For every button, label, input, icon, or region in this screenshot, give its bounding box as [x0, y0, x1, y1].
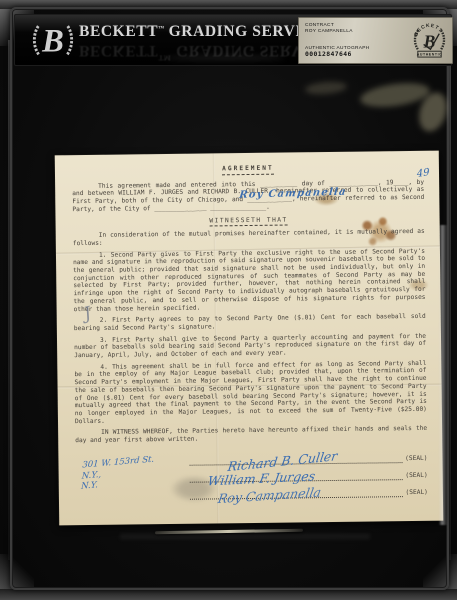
clause-1: 1. Second Party gives to First Party the… — [73, 247, 426, 313]
cert-subject-name: ROY CAMPANELLA — [305, 29, 370, 35]
city-blank: ______________ — [154, 204, 206, 212]
clause-text: First Party agrees to pay to Second Part… — [74, 313, 426, 332]
month-blank: _____________, — [329, 179, 381, 187]
brand-text: BECKETT — [79, 23, 158, 40]
intro-text: day of — [302, 180, 325, 187]
clause-text: Second Party gives to First Party the ex… — [73, 247, 426, 312]
intro-paragraph: This agreement made and entered into thi… — [72, 179, 424, 214]
clause-text: First Party shall give to Second Party a… — [74, 332, 426, 359]
reflection-streak — [120, 534, 370, 539]
clause-2: J2. First Party agrees to pay to Second … — [74, 313, 426, 333]
cert-number: 00012847646 — [305, 52, 370, 58]
day-blank: __________ — [260, 180, 297, 187]
slab-right-edge — [449, 40, 451, 560]
beckett-b-laurel-icon: B — [29, 18, 77, 62]
contract-document: AGREEMENT This agreement made and entere… — [55, 151, 443, 526]
seal-label: (SEAL) — [405, 489, 427, 497]
signature-area: 301 W. 153rd St. N.Y., N.Y. Richard B. C… — [75, 446, 428, 516]
closing-paragraph: IN WITNESS WHEREOF, the Parties hereto h… — [75, 425, 427, 445]
witnesseth-heading: WITNESSETH THAT — [209, 216, 288, 227]
beckett-authentic-seal-icon: BECKETT B AUTHENTIC — [410, 21, 449, 60]
document-body: AGREEMENT This agreement made and entere… — [72, 163, 428, 519]
slab-bottom-edge — [0, 589, 457, 600]
svg-text:B: B — [41, 23, 64, 59]
beckett-header-title: BECKETT™ GRADING SERVICES — [79, 23, 297, 41]
cert-label-text: CONTRACT ROY CAMPANELLA AUTHENTIC AUTOGR… — [305, 23, 370, 57]
cert-label: CONTRACT ROY CAMPANELLA AUTHENTIC AUTOGR… — [298, 17, 453, 64]
trailing-blank: _______________. — [210, 204, 270, 212]
case-edge-reflection — [439, 225, 447, 525]
signature-row: Roy Campanella (SEAL) — [190, 480, 428, 500]
clause-3: 3. First Party shall give to Second Part… — [74, 332, 426, 359]
svg-text:AUTHENTIC: AUTHENTIC — [417, 53, 443, 57]
clause-text: This agreement shall be in full force an… — [74, 360, 427, 425]
clause-4: 4. This agreement shall be in full force… — [74, 360, 427, 426]
signature-roy-campanella: Roy Campanella — [217, 488, 321, 502]
signature-rows: Richard B. Culler (SEAL) William F. Jurg… — [189, 446, 428, 500]
preamble-paragraph: In consideration of the mutual promises … — [73, 228, 425, 248]
plastic-glare — [165, 55, 285, 61]
handwritten-address: 301 W. 153rd St. N.Y., N.Y. — [81, 454, 155, 492]
graded-slab-photo: B BECKETT™ GRADING SERVICES BECKETT™ GRA… — [0, 0, 457, 600]
seal-label: (SEAL) — [405, 472, 427, 480]
document-title: AGREEMENT — [222, 165, 274, 175]
header-title-reflection: BECKETT™ GRADING SERVICES — [79, 41, 297, 64]
